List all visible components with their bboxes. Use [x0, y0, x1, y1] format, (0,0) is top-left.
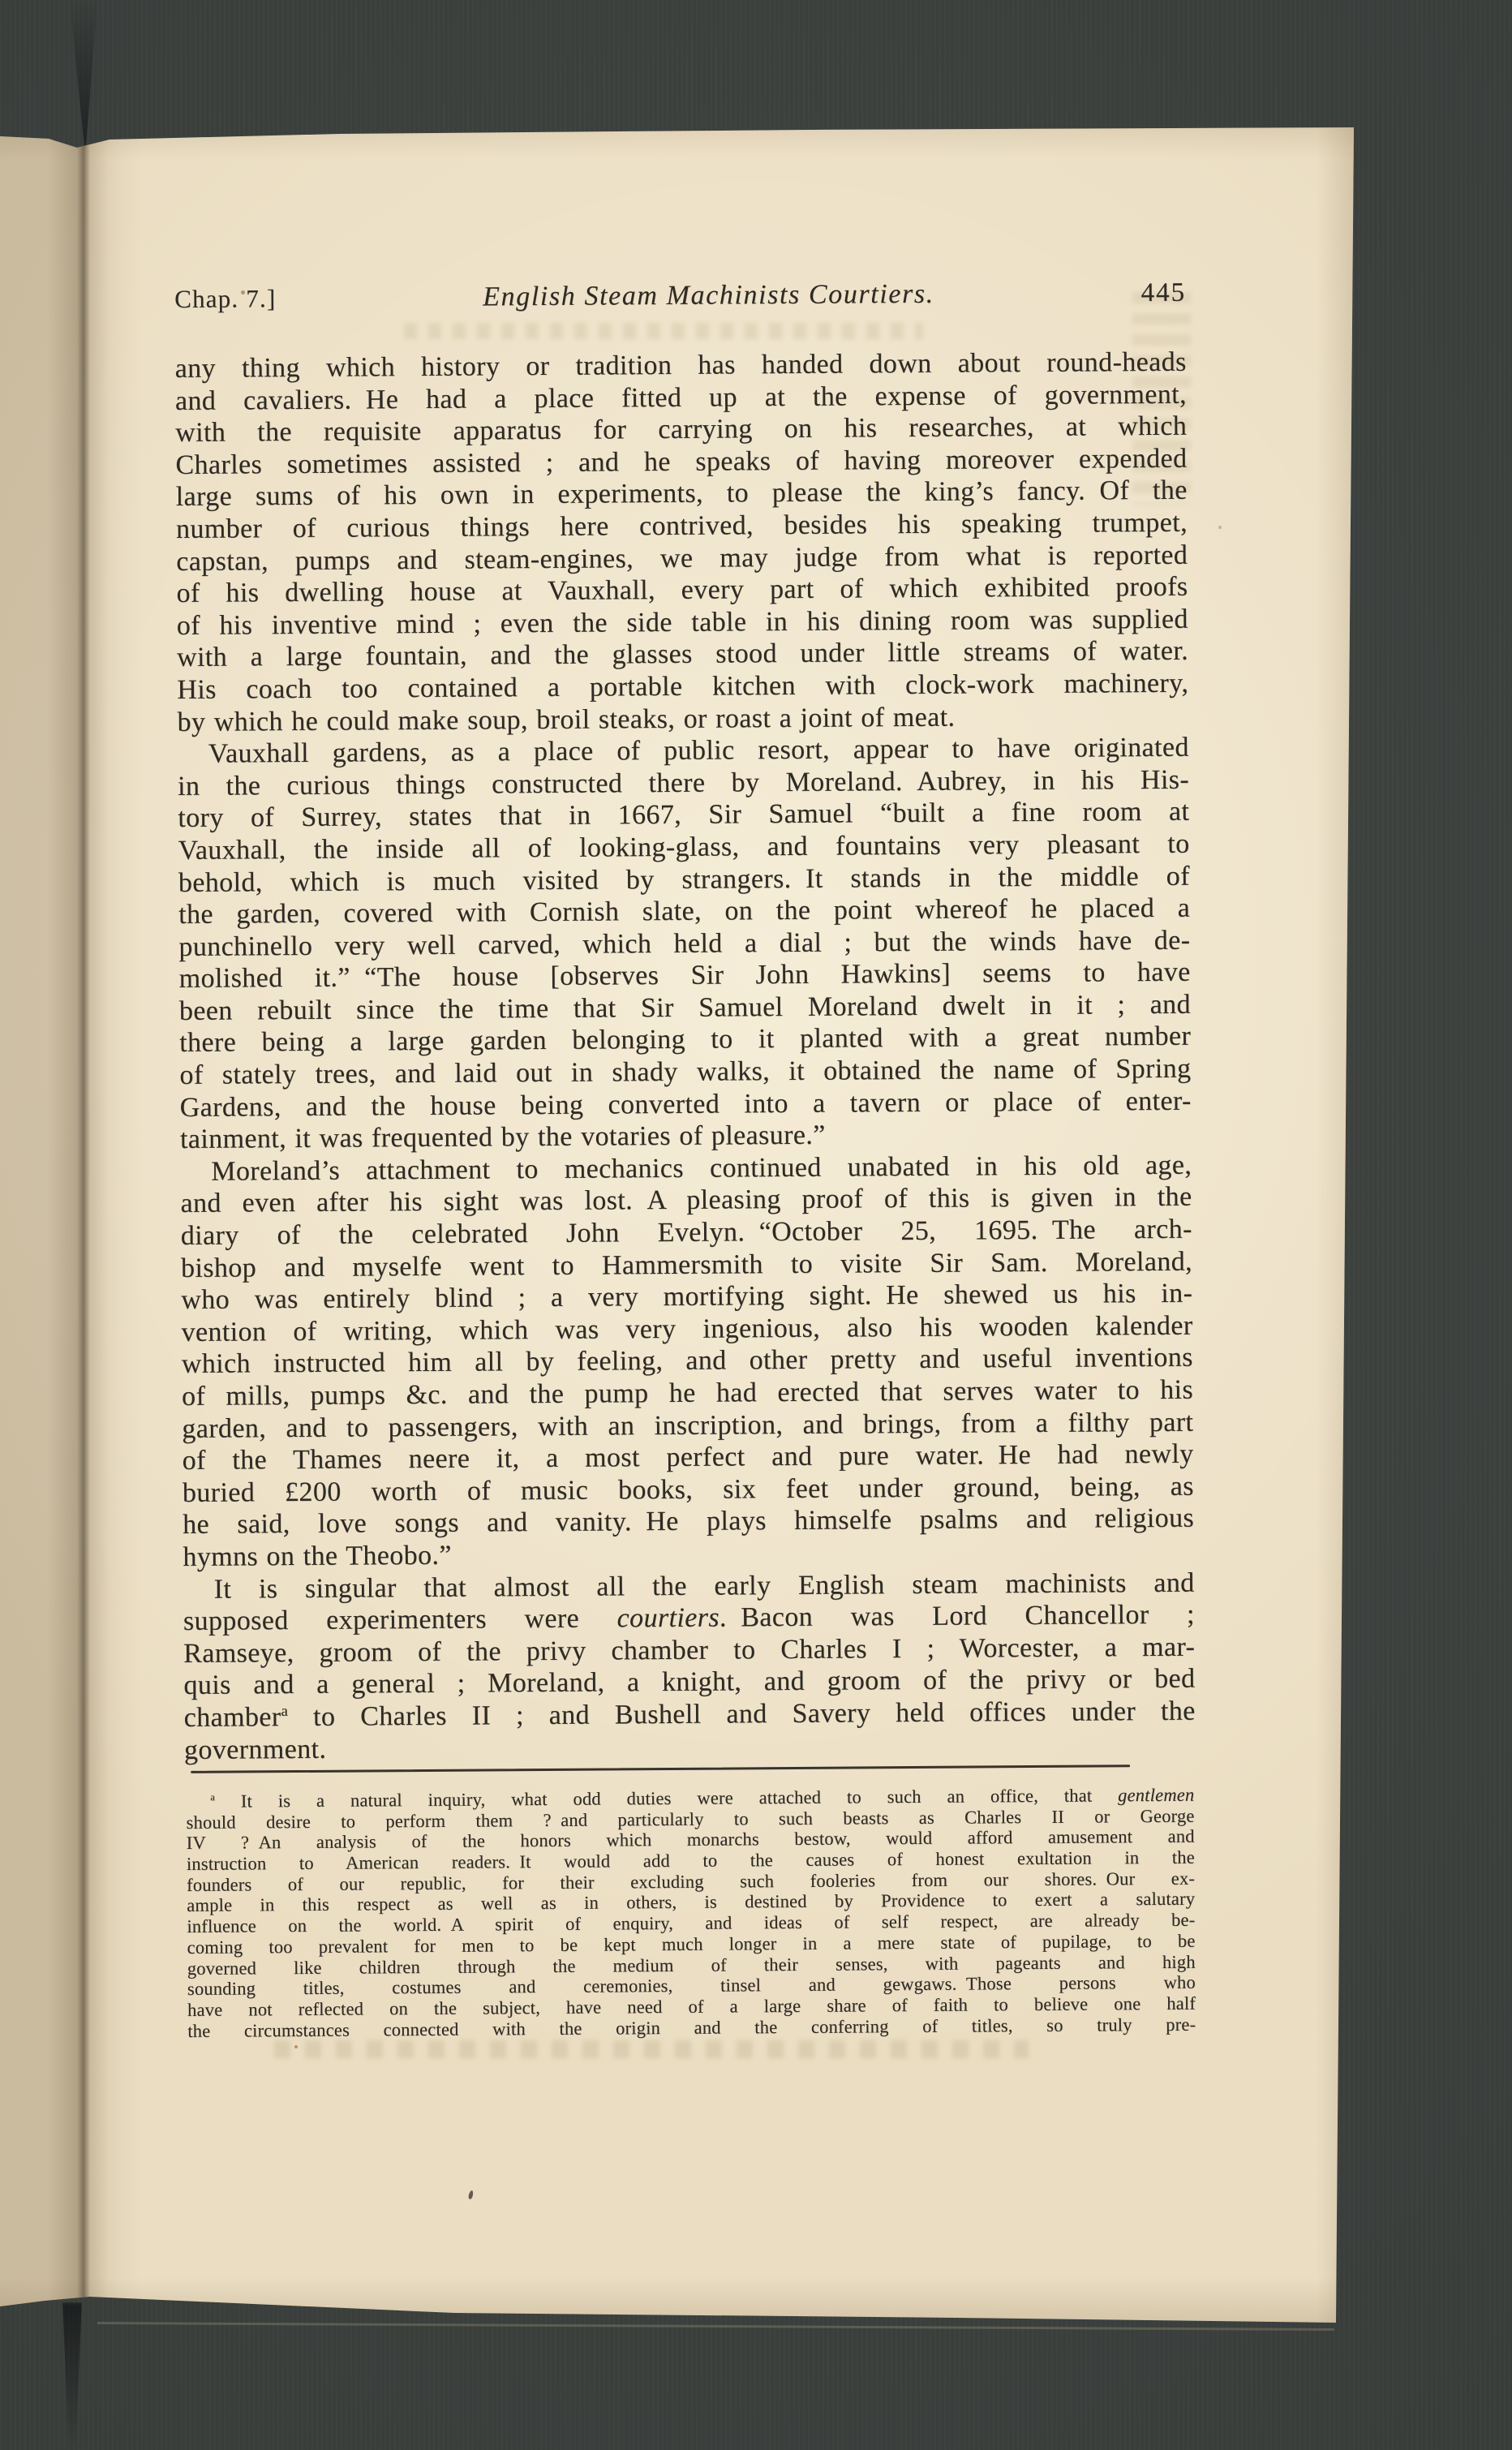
footnote-marker: a [210, 1791, 215, 1803]
scan-background: { "scan": { "background_color": "#3b403d… [0, 0, 1512, 2450]
italic-text: gentlemen [1118, 1785, 1194, 1806]
spine-shadow-bottom [50, 2302, 94, 2450]
text-line: government. [184, 1727, 1196, 1766]
paragraph: Moreland’s attachment to mechanics conti… [180, 1150, 1194, 1574]
ink-mark [468, 2190, 475, 2200]
book-page: Chap. 7.] English Steam Machinists Court… [0, 126, 1355, 2326]
footnote-rule [191, 1764, 1130, 1773]
text-line: he said, love songs and vanity. He plays… [183, 1502, 1194, 1541]
paper-speck [1218, 526, 1222, 529]
text-line: His coach too contained a portable kitch… [177, 668, 1188, 707]
footnote-marker: a [281, 1703, 288, 1720]
paragraph: It is singular that almost all the early… [183, 1567, 1196, 1766]
text-line: chambera to Charles II ; and Bushell and… [184, 1696, 1196, 1734]
paragraph: Vauxhall gardens, as a place of public r… [178, 732, 1192, 1156]
main-text: any thing which history or tradition has… [175, 346, 1196, 1766]
page-stack-edge [97, 2322, 1334, 2331]
printed-text-layer: Chap. 7.] English Steam Machinists Court… [174, 277, 1198, 2182]
page-header: Chap. 7.] English Steam Machinists Court… [174, 277, 1186, 326]
italic-text: courtiers [616, 1603, 719, 1634]
paragraph: any thing which history or tradition has… [175, 346, 1189, 738]
page-number: 445 [1140, 278, 1186, 308]
chapter-label: Chap. 7.] [174, 284, 277, 314]
page-gutter-crease [0, 126, 142, 2326]
footnote: a It is a natural inquiry, what odd duti… [186, 1785, 1196, 2041]
spine-fold-shadow [70, 0, 97, 156]
running-title: English Steam Machinists Courtiers. [276, 277, 1140, 314]
